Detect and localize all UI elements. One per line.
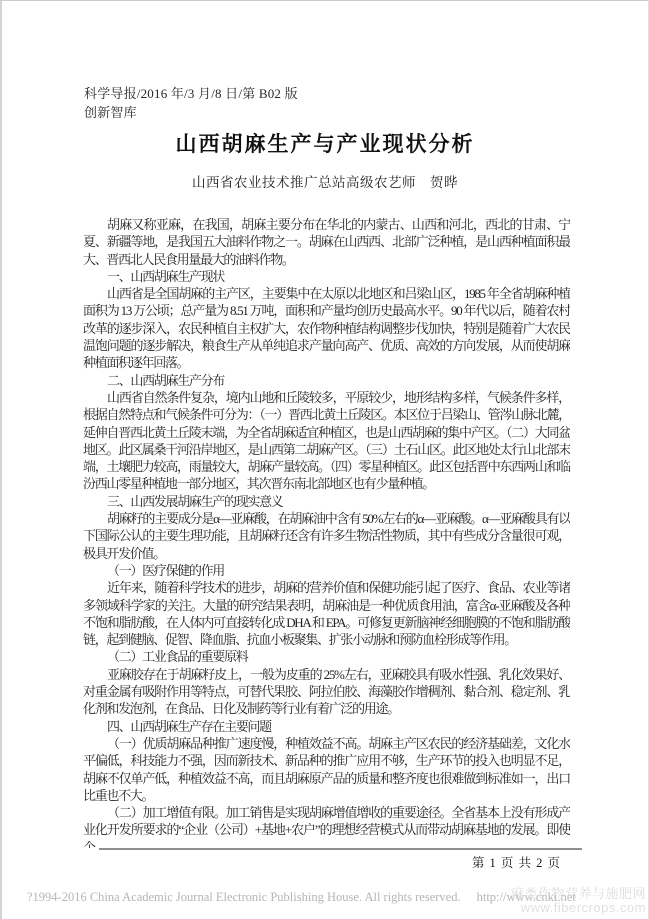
section-heading: 四、山西胡麻生产存在主要问题 [83,718,570,735]
publication-info: 科学导报/2016 年/3 月/8 日/第 B02 版 [84,84,298,103]
document-header: 科学导报/2016 年/3 月/8 日/第 B02 版 创新智库 [84,84,298,122]
article-byline: 山西省农业技术推广总站高级农艺师 贺晔 [2,171,648,191]
article-paragraph: 胡麻籽的主要成分是α—亚麻酸，在胡麻油中含有 50%左右的α—亚麻酸。α—亚麻酸… [83,510,570,562]
site-watermark: 麻类作物营养与施肥网 www.fibercrops.com [511,887,646,915]
document-page: 科学导报/2016 年/3 月/8 日/第 B02 版 创新智库 山西胡麻生产与… [0,0,649,919]
section-heading: 二、山西胡麻生产分布 [83,372,570,389]
watermark-site-name: 麻类作物营养与施肥网 [511,887,646,901]
section-heading: （二）工业食品的重要原料 [83,648,570,665]
column-name: 创新智库 [84,103,298,122]
article-paragraph: 近年来，随着科学技术的进步，胡麻的营养价值和保健功能引起了医疗、食品、农业等诸多… [83,579,570,648]
article-paragraph: （一）优质胡麻品种推广速度慢，种植效益不高。胡麻主产区农民的经济基础差，文化水平… [83,735,570,804]
article-paragraph: 胡麻又称亚麻，在我国，胡麻主要分布在华北的内蒙古、山西和河北，西北的甘肃、宁夏、… [83,216,570,268]
article-title: 山西胡麻生产与产业现状分析 [2,128,648,158]
section-heading: （一）医疗保健的作用 [83,562,570,579]
page-indicator: 第 1 页 共 2 页 [472,853,561,871]
section-heading: 一、山西胡麻生产现状 [83,268,570,285]
section-heading: 三、山西发展胡麻生产的现实意义 [83,493,570,510]
watermark-site-url: www.fibercrops.com [511,901,646,915]
article-paragraph: 山西省是全国胡麻的主产区，主要集中在太原以北地区和吕梁山区，1985 年全省胡麻… [83,285,570,371]
footer-divider [99,848,582,850]
article-paragraph: （二）加工增值有限。加工销售是实现胡麻增值增收的重要途径。全省基本上没有形成产业… [83,804,570,848]
copyright-text: ?1994-2016 China Academic Journal Electr… [27,890,461,904]
article-paragraph: 亚麻胶存在于胡麻籽皮上，一般为皮重的 25%左右，亚麻胶具有吸水性强、乳化效果好… [83,666,570,718]
article-body: 胡麻又称亚麻，在我国，胡麻主要分布在华北的内蒙古、山西和河北，西北的甘肃、宁夏、… [83,216,570,848]
article-paragraph: 山西省自然条件复杂，境内山地和丘陵较多，平原较少，地形结构多样，气候条件多样，根… [83,389,570,493]
